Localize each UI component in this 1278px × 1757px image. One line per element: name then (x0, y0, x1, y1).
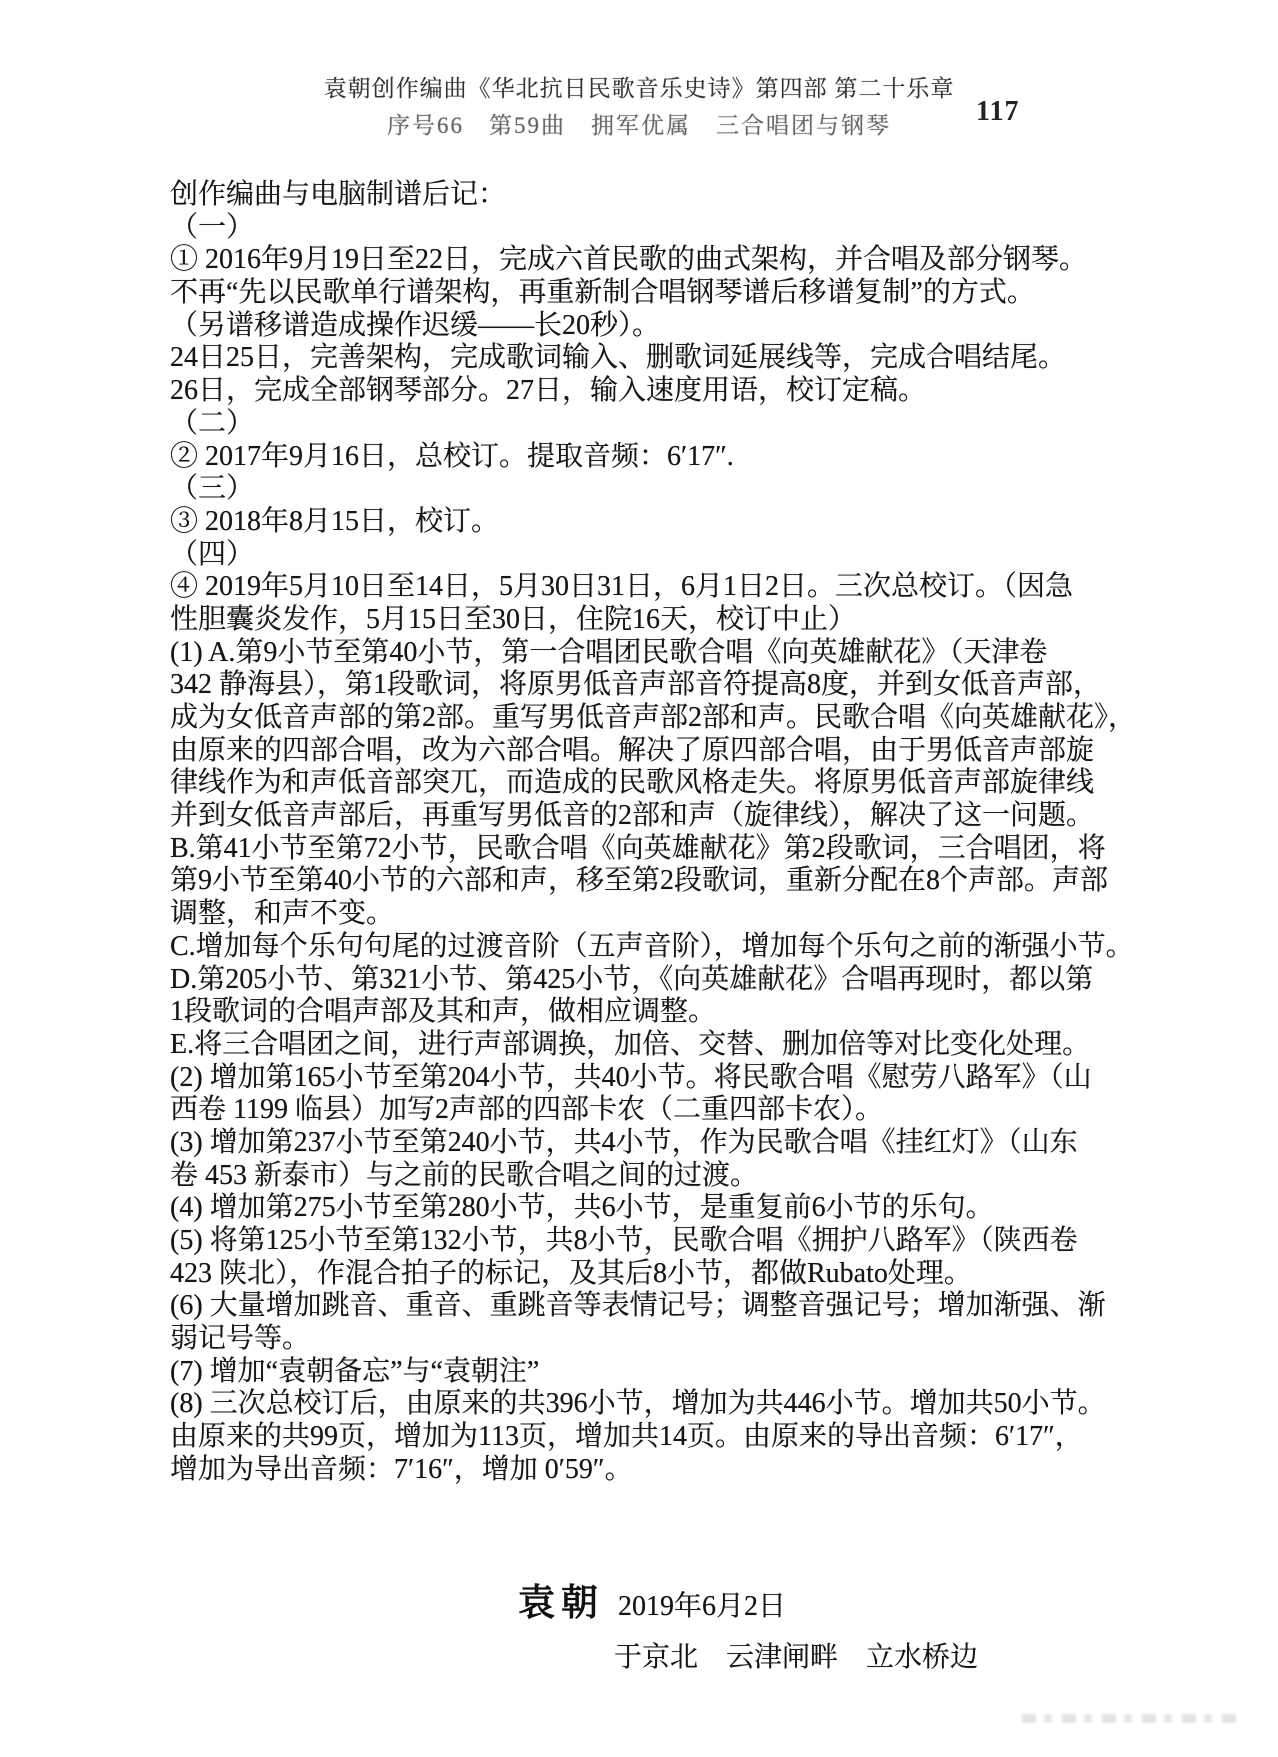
scanned-document-page: 袁朝创作编曲《华北抗日民歌音乐史诗》第四部 第二十乐章 序号66 第59曲 拥军… (0, 0, 1278, 1757)
body-line: 342 静海县），第1段歌词，将原男低音声部音符提高8度，并到女低音声部， (170, 669, 1170, 702)
document-body: 创作编曲与电脑制谱后记： （一） ① 2016年9月19日至22日，完成六首民歌… (170, 179, 1170, 1487)
body-line: (4) 增加第275小节至第280小节，共6小节，是重复前6小节的乐句。 (170, 1192, 1170, 1225)
author-name: 袁朝 (518, 1572, 604, 1626)
body-line: （四） (170, 539, 1170, 572)
body-line: ③ 2018年8月15日，校订。 (170, 506, 1170, 539)
body-line: 卷 453 新泰市）与之前的民歌合唱之间的过渡。 (170, 1160, 1170, 1193)
body-line: 调整，和声不变。 (170, 898, 1170, 931)
body-line: 性胆囊炎发作，5月15日至30日，住院16天，校订中止） (170, 604, 1170, 637)
body-line: (8) 三次总校订后，由原来的共396小节，增加为共446小节。增加共50小节。 (170, 1388, 1170, 1421)
body-line: C.增加每个乐句句尾的过渡音阶（五声音阶），增加每个乐句之前的渐强小节。 (170, 931, 1170, 964)
body-line: (5) 将第125小节至第132小节，共8小节，民歌合唱《拥护八路军》（陕西卷 (170, 1225, 1170, 1258)
body-line: 增加为导出音频：7′16″，增加 0′59″。 (170, 1454, 1170, 1487)
signature-location: 于京北 云津闸畔 立水桥边 (614, 1635, 978, 1675)
header-title-line2: 序号66 第59曲 拥军优属 三合唱团与钢琴 (0, 108, 1278, 144)
body-line: ① 2016年9月19日至22日，完成六首民歌的曲式架构，并合唱及部分钢琴。 (170, 244, 1170, 277)
body-line: 创作编曲与电脑制谱后记： (170, 179, 1170, 212)
page-number: 117 (976, 96, 1019, 128)
body-line: D.第205小节、第321小节、第425小节，《向英雄献花》合唱再现时，都以第 (170, 964, 1170, 997)
body-line: 1段歌词的合唱声部及其和声，做相应调整。 (170, 996, 1170, 1029)
body-line: 西卷 1199 临县）加写2声部的四部卡农（二重四部卡农）。 (170, 1094, 1170, 1127)
body-line: (1) A.第9小节至第40小节，第一合唱团民歌合唱《向英雄献花》（天津卷 (170, 637, 1170, 670)
body-line: 弱记号等。 (170, 1323, 1170, 1356)
body-line: 成为女低音声部的第2部。重写男低音声部2部和声。民歌合唱《向英雄献花》， (170, 702, 1170, 735)
body-line: (6) 大量增加跳音、重音、重跳音等表情记号；调整音强记号；增加渐强、渐 (170, 1290, 1170, 1323)
body-line: 423 陕北），作混合拍子的标记，及其后8小节，都做Rubato处理。 (170, 1258, 1170, 1291)
body-line: E.将三合唱团之间，进行声部调换，加倍、交替、删加倍等对比变化处理。 (170, 1029, 1170, 1062)
body-line: （三） (170, 473, 1170, 506)
faint-watermark (1022, 1714, 1237, 1723)
body-line: 第9小节至第40小节的六部和声，移至第2段歌词，重新分配在8个声部。声部 (170, 865, 1170, 898)
header-title-line1: 袁朝创作编曲《华北抗日民歌音乐史诗》第四部 第二十乐章 (0, 70, 1278, 108)
body-line: 并到女低音声部后，再重写男低音的2部和声（旋律线），解决了这一问题。 (170, 800, 1170, 833)
body-line: (3) 增加第237小节至第240小节，共4小节，作为民歌合唱《挂红灯》（山东 (170, 1127, 1170, 1160)
body-line: （二） (170, 408, 1170, 441)
body-line: (7) 增加“袁朝备忘”与“袁朝注” (170, 1356, 1170, 1389)
body-line: 律线作为和声低音部突兀，而造成的民歌风格走失。将原男低音声部旋律线 (170, 767, 1170, 800)
body-line: B.第41小节至第72小节，民歌合唱《向英雄献花》第2段歌词，三合唱团，将 (170, 833, 1170, 866)
body-line: 由原来的共99页，增加为113页，增加共14页。由原来的导出音频：6′17″， (170, 1421, 1170, 1454)
body-line: （一） (170, 212, 1170, 245)
running-header: 袁朝创作编曲《华北抗日民歌音乐史诗》第四部 第二十乐章 序号66 第59曲 拥军… (0, 70, 1278, 144)
body-line: ② 2017年9月16日，总校订。提取音频：6′17″. (170, 441, 1170, 474)
body-line: 不再“先以民歌单行谱架构，再重新制合唱钢琴谱后移谱复制”的方式。 (170, 277, 1170, 310)
body-line: (2) 增加第165小节至第204小节，共40小节。将民歌合唱《慰劳八路军》（山 (170, 1062, 1170, 1095)
body-line: 24日25日，完善架构，完成歌词输入、删歌词延展线等，完成合唱结尾。 (170, 342, 1170, 375)
signature-block: 袁朝 2019年6月2日 于京北 云津闸畔 立水桥边 (518, 1572, 978, 1675)
signature-date: 2019年6月2日 (618, 1584, 786, 1624)
body-line: （另谱移谱造成操作迟缓——长20秒）。 (170, 310, 1170, 343)
body-line: 26日，完成全部钢琴部分。27日，输入速度用语，校订定稿。 (170, 375, 1170, 408)
body-line: 由原来的四部合唱，改为六部合唱。解决了原四部合唱，由于男低音声部旋 (170, 735, 1170, 768)
body-line: ④ 2019年5月10日至14日，5月30日31日，6月1日2日。三次总校订。（… (170, 571, 1170, 604)
